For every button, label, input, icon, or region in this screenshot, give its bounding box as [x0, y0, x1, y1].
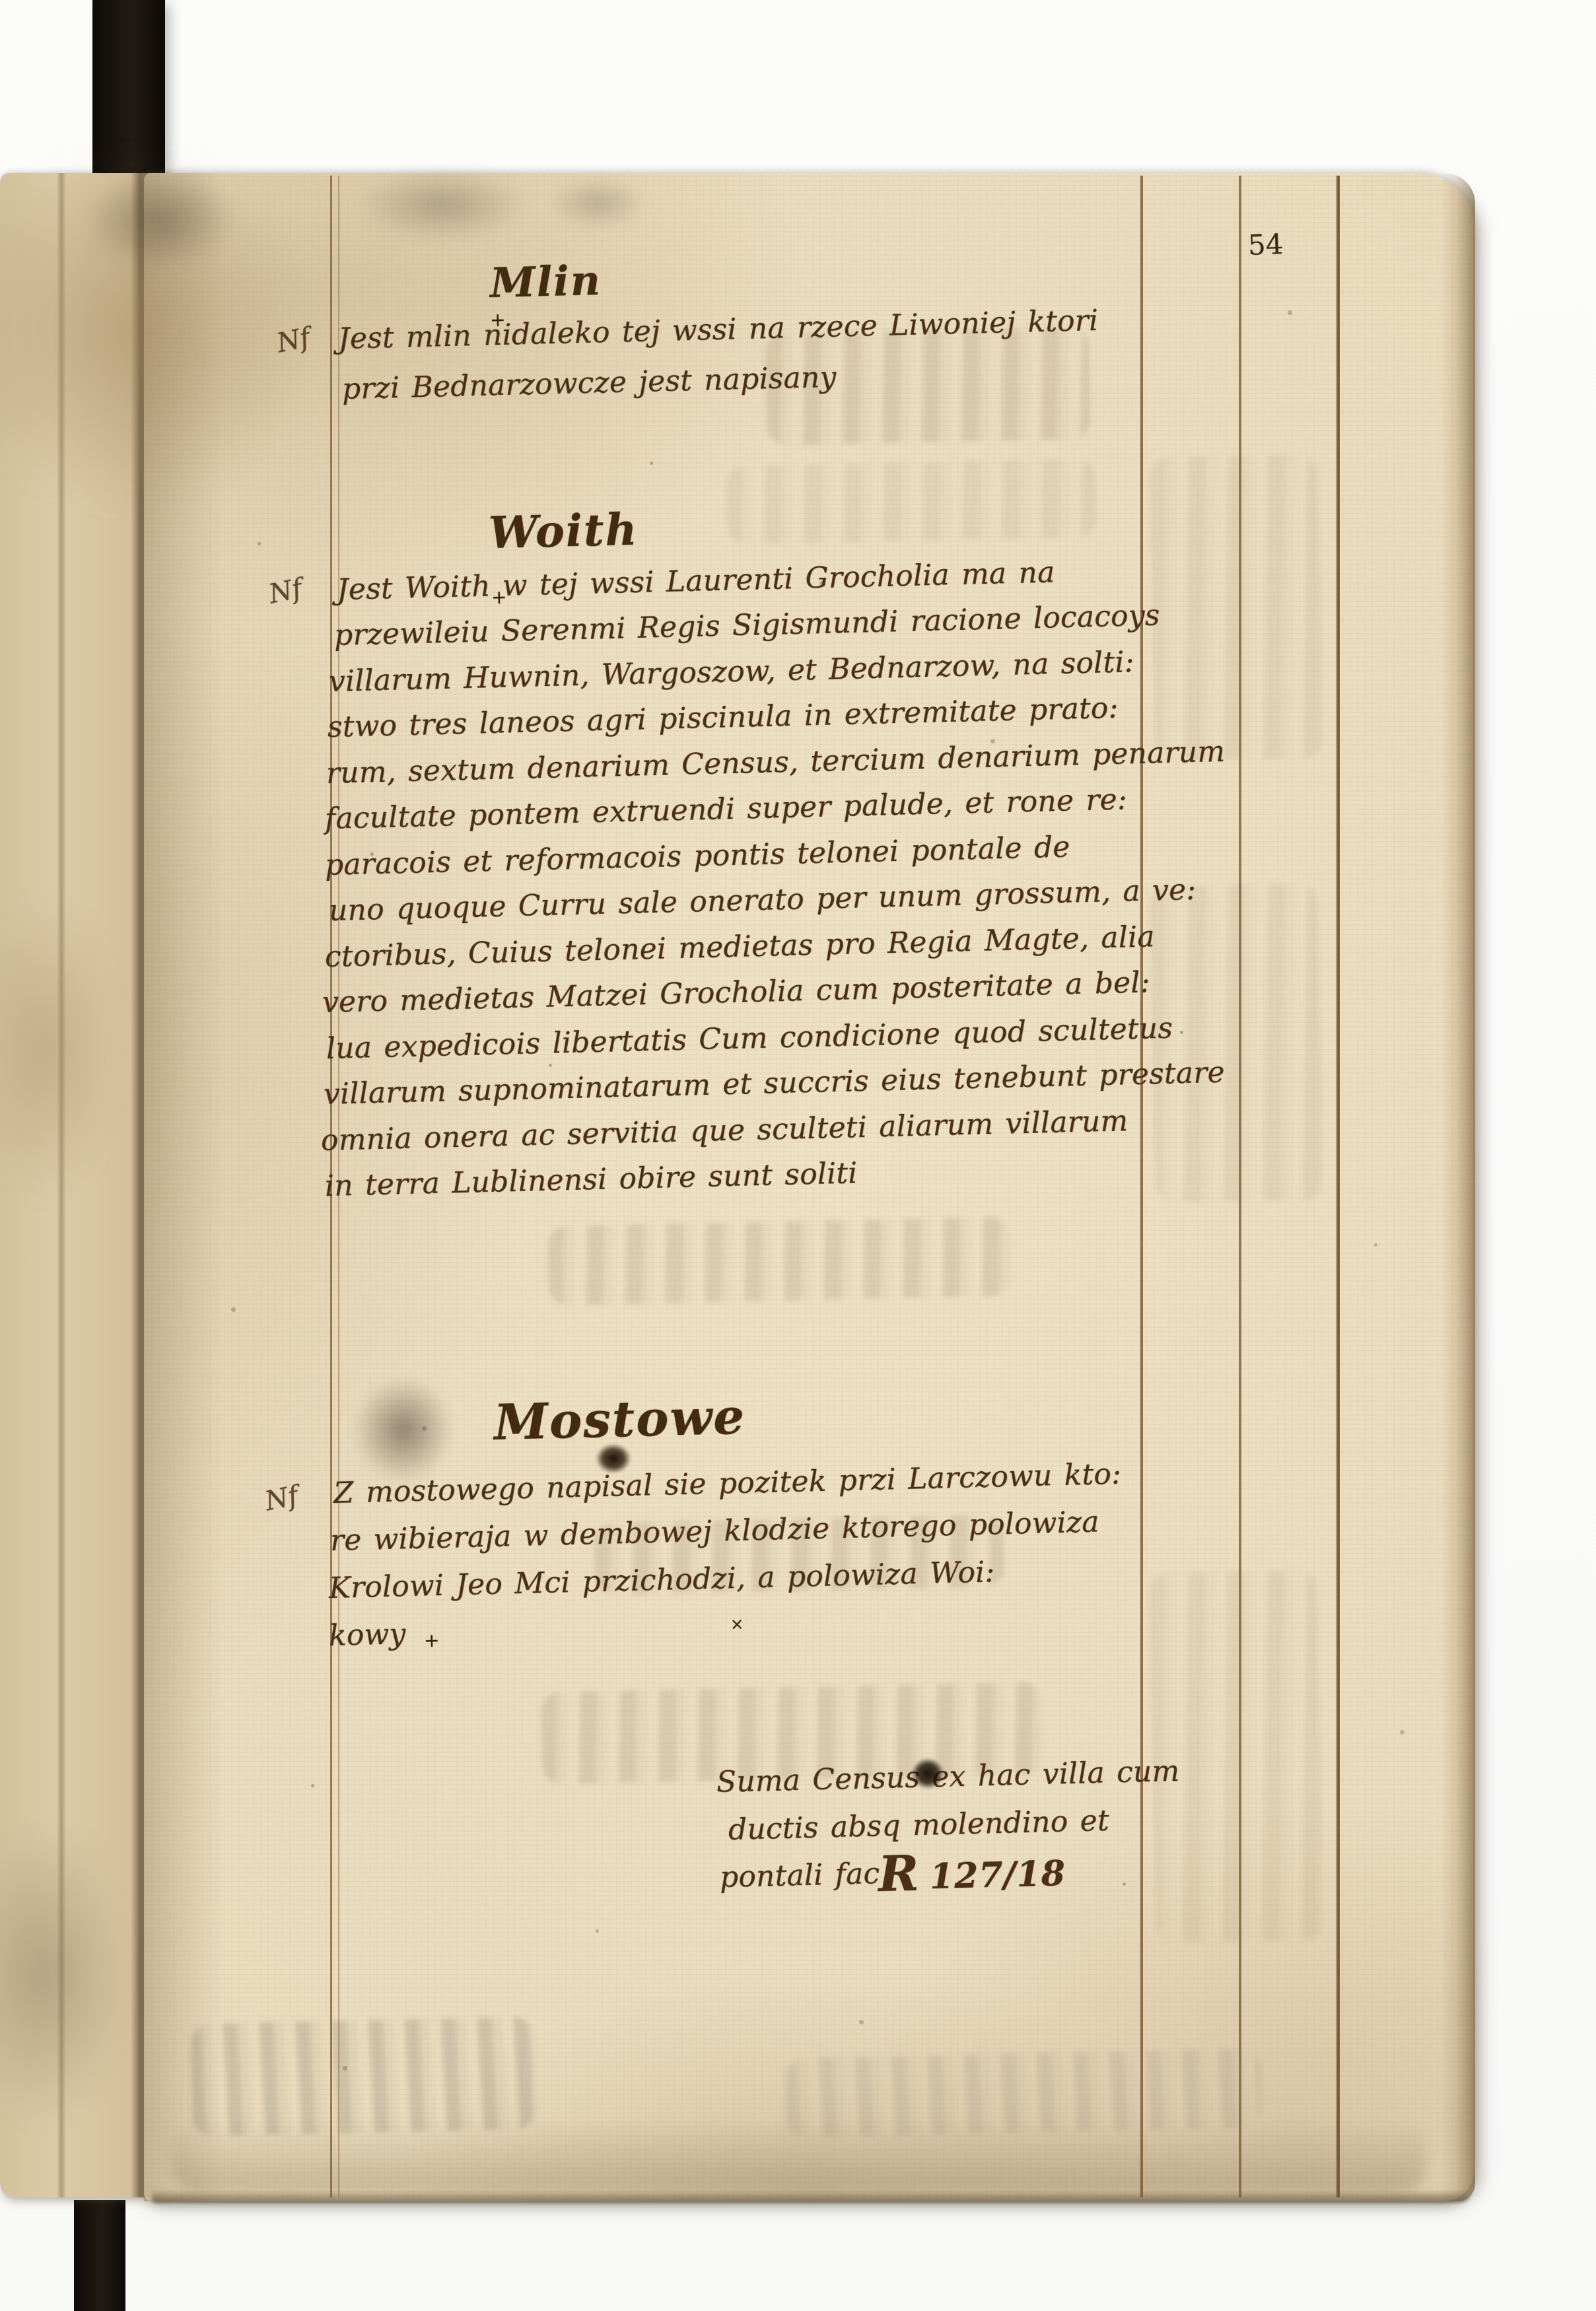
manuscript-scan: 54 Mlin + Nf Jest mlin nidaleko tej wssi… — [0, 0, 1596, 2311]
gutter-shadow — [144, 173, 223, 2201]
page-stack-crease — [57, 173, 66, 2197]
trailing-plus-mark: + — [424, 1629, 440, 1651]
summary-currency-mark: R — [878, 1845, 920, 1903]
summary-amount: 127/18 — [929, 1853, 1066, 1897]
insertion-cross-mark: × — [730, 1615, 744, 1634]
right-column-rule-2 — [1239, 176, 1241, 2197]
right-column-rule-3 — [1336, 176, 1340, 2197]
page-number: 54 — [1247, 228, 1284, 261]
summary-line: pontali fac — [719, 1859, 880, 1892]
section-heading-mlin: Mlin — [489, 256, 602, 307]
section-heading-woith: Woith — [488, 503, 639, 559]
manuscript-line: kowy — [328, 1620, 406, 1651]
spine-tape-bottom — [74, 2200, 125, 2311]
paper-specks — [0, 0, 2, 2]
spine-tape-top — [92, 0, 165, 177]
section-heading-mostowe: Mostowe — [493, 1389, 746, 1451]
right-column-rule-1 — [1140, 176, 1143, 2197]
page-bottom-edge — [152, 2190, 1473, 2203]
